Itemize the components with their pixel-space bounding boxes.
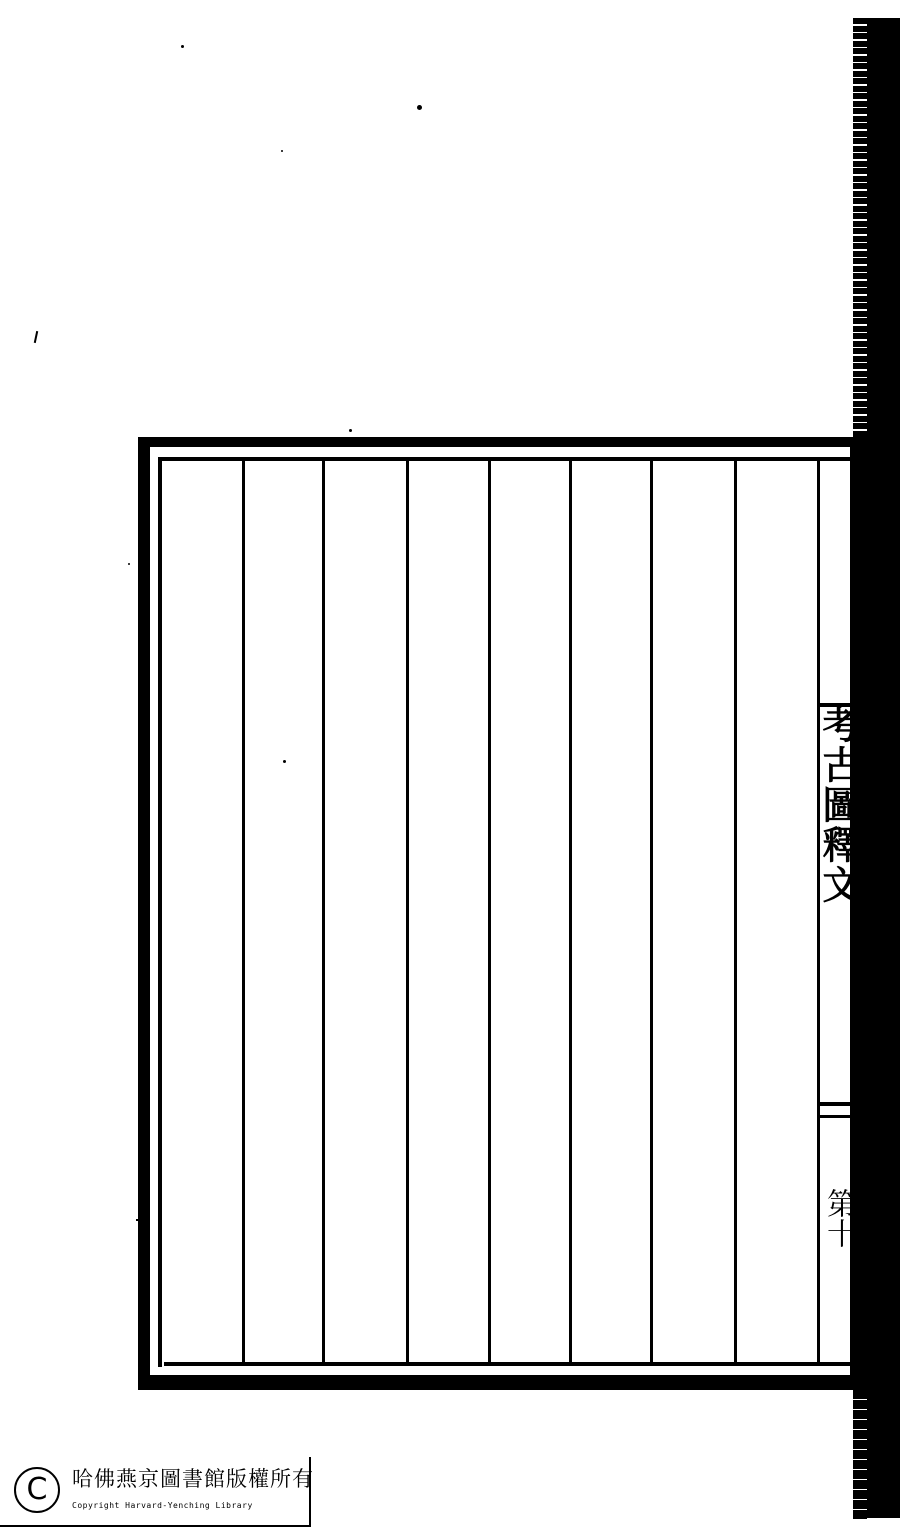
speck xyxy=(128,563,130,565)
copyright-stamp: C 哈佛燕京圖書館版權所有 Copyright Harvard-Yenching… xyxy=(0,1457,311,1527)
speck-mark xyxy=(136,1219,142,1221)
banxin-rule xyxy=(818,1102,852,1106)
copyright-icon: C xyxy=(14,1467,60,1513)
column-divider xyxy=(734,460,737,1364)
speck xyxy=(181,45,184,48)
column-divider xyxy=(488,460,491,1364)
column-divider xyxy=(569,460,572,1364)
column-divider xyxy=(406,460,409,1364)
inner-frame-left xyxy=(158,457,162,1367)
speck xyxy=(281,150,283,152)
speck-mark xyxy=(34,331,38,343)
banxin-title: 考古圖釋文 xyxy=(820,705,856,965)
speck xyxy=(417,105,422,110)
outer-frame-top xyxy=(138,437,868,447)
banxin-page-number: 第十 xyxy=(820,1188,854,1268)
inner-frame-bottom xyxy=(164,1362,854,1366)
speck xyxy=(349,429,352,432)
column-divider xyxy=(650,460,653,1364)
outer-frame-left xyxy=(138,437,150,1390)
copyright-text-english: Copyright Harvard-Yenching Library xyxy=(72,1501,253,1510)
column-divider xyxy=(322,460,325,1364)
scan-edge-texture xyxy=(853,18,867,448)
column-divider xyxy=(242,460,245,1364)
outer-frame-bottom xyxy=(144,1375,866,1390)
inner-frame-top xyxy=(158,457,850,461)
banxin-rule xyxy=(818,1115,852,1118)
speck xyxy=(283,760,286,763)
outer-frame-right-gutter xyxy=(850,447,900,1390)
scan-edge-texture-lower xyxy=(853,1380,867,1520)
copyright-text-chinese: 哈佛燕京圖書館版權所有 xyxy=(72,1463,314,1493)
